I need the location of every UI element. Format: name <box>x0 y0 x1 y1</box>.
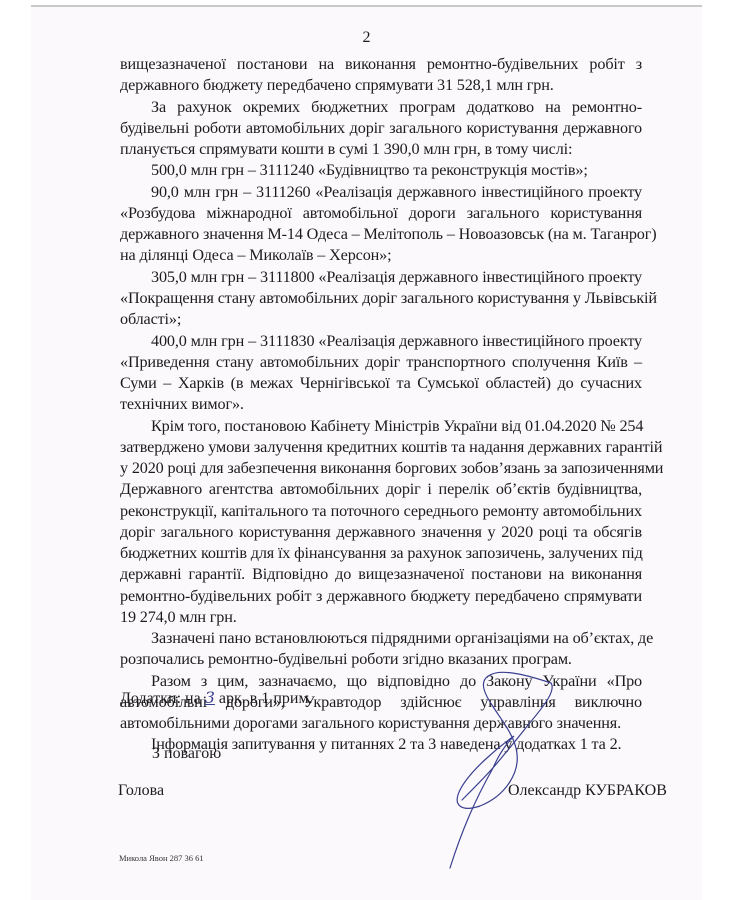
body-line: доріг загального користування державного… <box>120 522 642 542</box>
executor-note: Микола Явон 287 36 61 <box>119 853 204 863</box>
body-line: Зазначені пано встановлюються підрядними… <box>151 628 642 648</box>
body-line: планується спрямувати кошти в сумі 1 390… <box>120 139 642 159</box>
body-line: області»; <box>120 309 642 329</box>
body-line: будівельні роботи автомобільних доріг за… <box>120 118 642 138</box>
handwritten-sheet-count: 3 <box>205 688 215 707</box>
body-line: державного бюджету передбачено спрямуват… <box>120 75 642 95</box>
body-line: у 2020 році для забезпечення виконання б… <box>120 458 642 478</box>
attachments-suffix: арк. в 1 прим. <box>219 690 313 707</box>
body-line: ремонтно-будівельних робіт з державного … <box>120 586 642 606</box>
body-line: «Покращення стану автомобільних доріг за… <box>120 288 642 308</box>
body-line: За рахунок окремих бюджетних програм дод… <box>151 97 642 117</box>
attachments-prefix: Додатки: на <box>120 690 201 707</box>
body-line: 500,0 млн грн – 3111240 «Будівництво та … <box>151 160 642 180</box>
body-line: 305,0 млн грн – 3111800 «Реалізація держ… <box>151 267 642 287</box>
body-line: 19 274,0 млн грн. <box>120 607 642 627</box>
body-line: «Розбудова міжнародної автомобільної дор… <box>120 203 642 223</box>
body-line: реконструкції, капітального та поточного… <box>120 501 642 521</box>
page-number: 2 <box>31 29 702 47</box>
body-line: Суми – Харків (в межах Чернігівської та … <box>120 373 642 393</box>
body-line: Крім того, постановою Кабінету Міністрів… <box>151 416 642 436</box>
body-line: затверджено умови залучення кредитних ко… <box>120 437 642 457</box>
body-line: на ділянці Одеса – Миколаїв – Херсон»; <box>120 245 642 265</box>
body-line: вищезазначеної постанови на виконання ре… <box>120 54 642 74</box>
body-line: Інформація запитування у питаннях 2 та 3… <box>151 734 642 754</box>
attachments-note: Додатки: на 3 арк. в 1 прим. <box>120 688 313 708</box>
signatory-name: Олександр КУБРАКОВ <box>508 782 667 800</box>
body-line: державні гарантії. Відповідно до вищезаз… <box>120 564 642 584</box>
body-line: технічних вимог». <box>120 394 642 414</box>
body-line: 90,0 млн грн – 3111260 «Реалізація держа… <box>151 182 642 202</box>
body-line: розпочались ремонтно-будівельні роботи з… <box>120 649 642 669</box>
body-line: 400,0 млн грн – 3111830 «Реалізація держ… <box>151 331 642 351</box>
closing-phrase: З повагою <box>152 745 221 763</box>
body-line: Державного агентства автомобільних доріг… <box>120 479 642 499</box>
body-line: «Приведення стану автомобільних доріг тр… <box>120 352 642 372</box>
body-line: бюджетних коштів для їх фінансування за … <box>120 543 642 563</box>
document-page: 2 вищезазначеної постанови на виконання … <box>31 5 702 900</box>
signatory-title: Голова <box>118 782 164 800</box>
body-line: державного значення М-14 Одеса – Мелітоп… <box>120 224 642 244</box>
body-line: автомобільними дорогами загального корис… <box>120 713 642 733</box>
